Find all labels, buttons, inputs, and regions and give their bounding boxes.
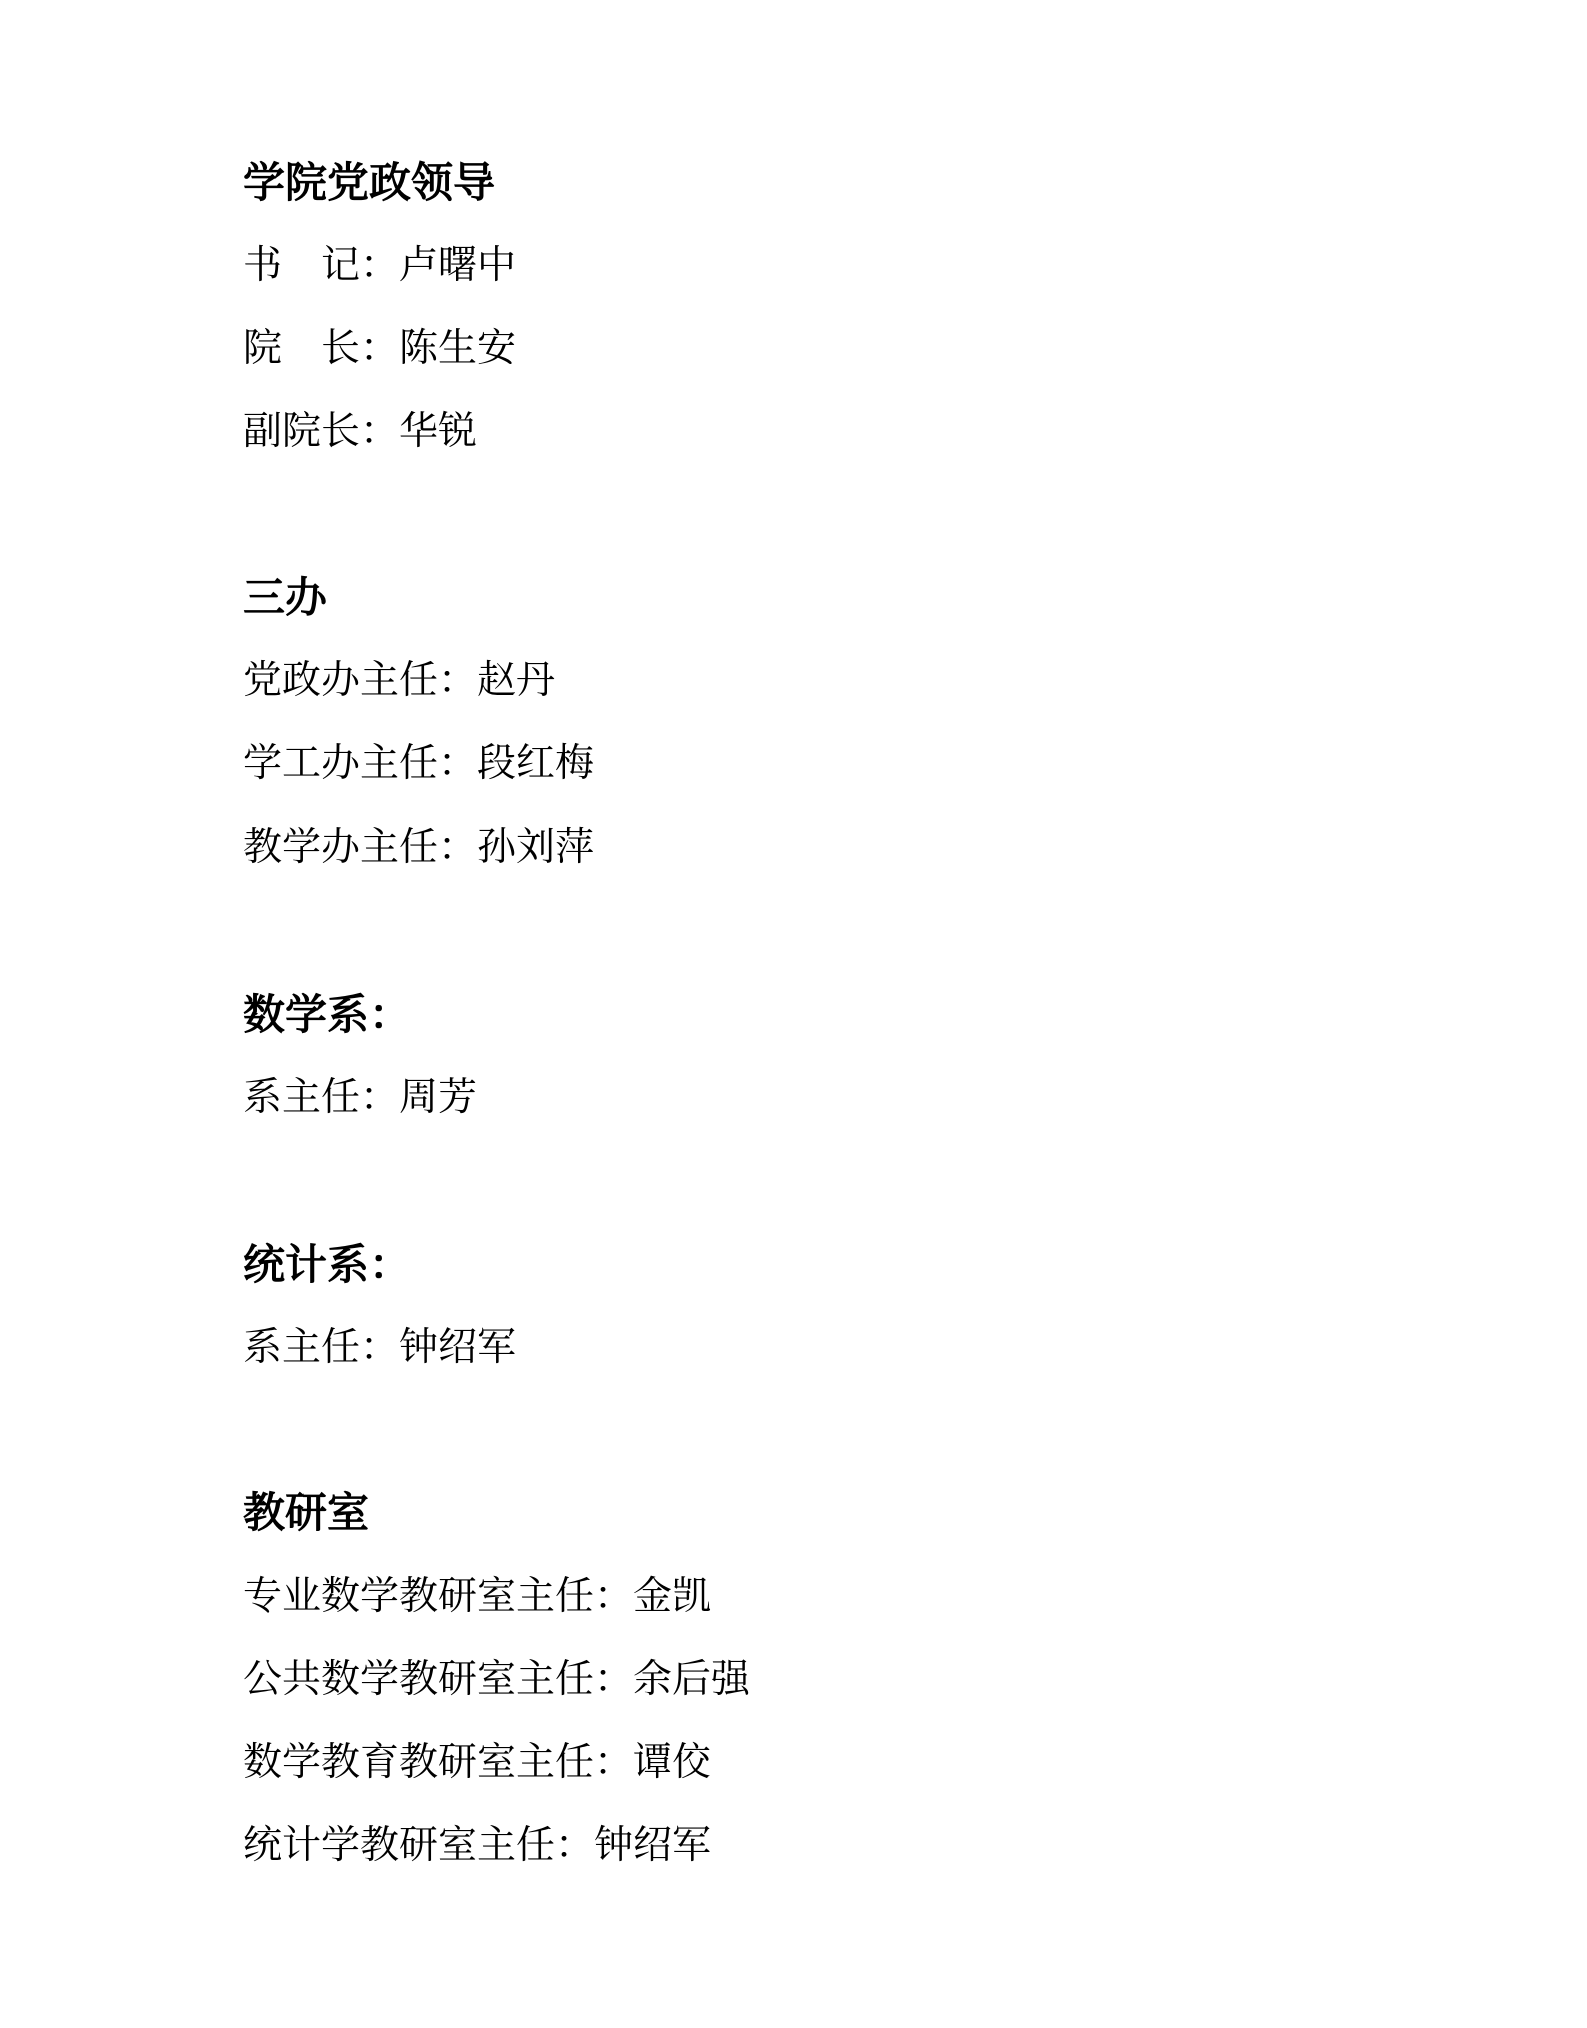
- entry-professional-math-director: 专业数学教研室主任：金凯: [243, 1577, 711, 1616]
- entry-role: 数学教育教研室主任：: [243, 1740, 633, 1785]
- entry-name: 孙刘萍: [477, 825, 594, 870]
- entry-name: 金凯: [633, 1574, 711, 1619]
- entry-party-office-director: 党政办主任：赵丹: [243, 661, 555, 700]
- entry-name: 谭佼: [633, 1740, 711, 1785]
- entry-role: 党政办主任：: [243, 658, 477, 703]
- entry-stats-dept-head: 系主任：钟绍军: [243, 1328, 516, 1367]
- section-heading-teaching-research: 教研室: [243, 1492, 369, 1534]
- entry-role: 书 记：: [243, 243, 399, 288]
- entry-role: 副院长：: [243, 409, 399, 454]
- entry-role: 学工办主任：: [243, 741, 477, 786]
- entry-math-education-director: 数学教育教研室主任：谭佼: [243, 1743, 711, 1782]
- entry-vice-dean: 副院长：华锐: [243, 412, 477, 451]
- entry-student-office-director: 学工办主任：段红梅: [243, 744, 594, 783]
- entry-name: 周芳: [399, 1075, 477, 1120]
- entry-name: 钟绍军: [594, 1823, 711, 1868]
- entry-secretary: 书 记：卢曙中: [243, 246, 516, 285]
- entry-role: 院 长：: [243, 326, 399, 371]
- section-heading-leadership: 学院党政领导: [243, 162, 495, 204]
- entry-role: 系主任：: [243, 1325, 399, 1370]
- section-heading-math-dept: 数学系：: [243, 994, 411, 1036]
- entry-public-math-director: 公共数学教研室主任：余后强: [243, 1660, 750, 1699]
- entry-teaching-office-director: 教学办主任：孙刘萍: [243, 828, 594, 867]
- entry-name: 卢曙中: [399, 243, 516, 288]
- section-heading-three-offices: 三办: [243, 577, 327, 619]
- entry-role: 统计学教研室主任：: [243, 1823, 594, 1868]
- entry-name: 钟绍军: [399, 1325, 516, 1370]
- entry-math-dept-head: 系主任：周芳: [243, 1078, 477, 1117]
- entry-statistics-director: 统计学教研室主任：钟绍军: [243, 1826, 711, 1865]
- entry-role: 教学办主任：: [243, 825, 477, 870]
- entry-role: 公共数学教研室主任：: [243, 1657, 633, 1702]
- entry-dean: 院 长：陈生安: [243, 329, 516, 368]
- entry-name: 赵丹: [477, 658, 555, 703]
- entry-name: 段红梅: [477, 741, 594, 786]
- entry-name: 余后强: [633, 1657, 750, 1702]
- section-heading-stats-dept: 统计系：: [243, 1244, 411, 1286]
- entry-name: 华锐: [399, 409, 477, 454]
- entry-role: 专业数学教研室主任：: [243, 1574, 633, 1619]
- entry-role: 系主任：: [243, 1075, 399, 1120]
- entry-name: 陈生安: [399, 326, 516, 371]
